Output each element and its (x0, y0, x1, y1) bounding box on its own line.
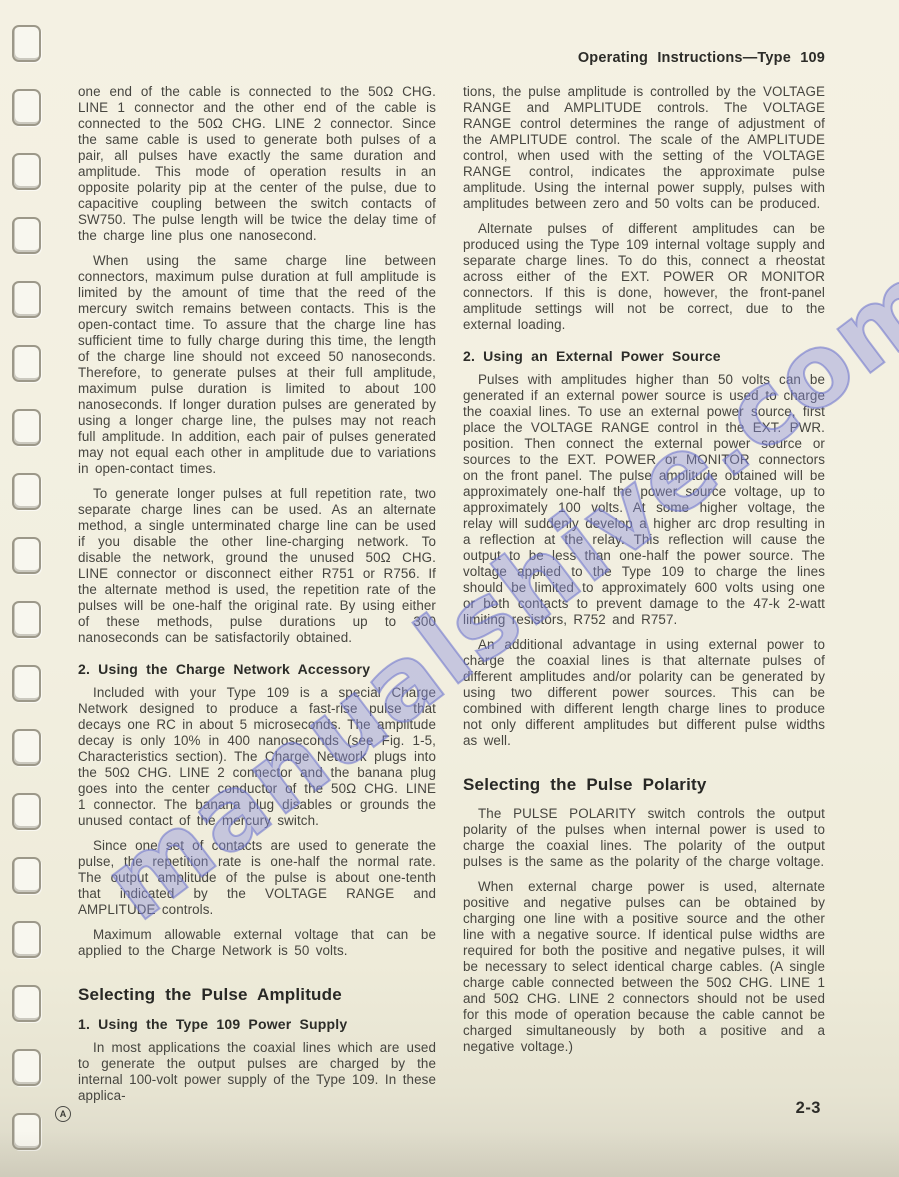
binding-hole (12, 473, 41, 510)
paragraph: Maximum allowable external voltage that … (78, 927, 436, 959)
paragraph: tions, the pulse amplitude is controlled… (463, 84, 825, 212)
binding-hole (12, 1113, 41, 1150)
subsection-heading-charge-network: 2. Using the Charge Network Accessory (78, 661, 436, 677)
subsection-heading-external-power: 2. Using an External Power Source (463, 348, 825, 364)
binding-hole (12, 601, 41, 638)
paragraph: The PULSE POLARITY switch controls the o… (463, 806, 825, 870)
binding-hole (12, 857, 41, 894)
subsection-heading-power-supply: 1. Using the Type 109 Power Supply (78, 1016, 436, 1032)
section-heading-pulse-amplitude: Selecting the Pulse Amplitude (78, 985, 436, 1005)
binding-hole (12, 793, 41, 830)
paragraph: In most applications the coaxial lines w… (78, 1040, 436, 1104)
binding-hole (12, 409, 41, 446)
running-header: Operating Instructions—Type 109 (578, 50, 825, 66)
paragraph: To generate longer pulses at full repeti… (78, 486, 436, 646)
paragraph: Included with your Type 109 is a special… (78, 685, 436, 829)
binding-hole (12, 153, 41, 190)
binding-hole (12, 345, 41, 382)
binding-hole (12, 281, 41, 318)
paragraph: Alternate pulses of different amplitudes… (463, 221, 825, 333)
paragraph: Pulses with amplitudes higher than 50 vo… (463, 372, 825, 628)
left-column: one end of the cable is connected to the… (78, 84, 436, 1113)
revision-mark-letter: A (60, 1109, 67, 1119)
binding-hole (12, 537, 41, 574)
binding-hole (12, 921, 41, 958)
paragraph: When external charge power is used, alte… (463, 879, 825, 1055)
scanned-manual-page: Operating Instructions—Type 109 one end … (0, 0, 899, 1177)
paragraph: An additional advantage in using externa… (463, 637, 825, 749)
binding-hole (12, 1049, 41, 1086)
paragraph: When using the same charge line between … (78, 253, 436, 477)
binding-hole (12, 665, 41, 702)
paragraph: Since one set of contacts are used to ge… (78, 838, 436, 918)
paragraph: one end of the cable is connected to the… (78, 84, 436, 244)
binding-hole (12, 985, 41, 1022)
binding-edge (0, 0, 48, 1177)
binding-hole (12, 217, 41, 254)
page-number: 2-3 (796, 1099, 821, 1118)
binding-hole (12, 89, 41, 126)
section-heading-pulse-polarity: Selecting the Pulse Polarity (463, 775, 825, 795)
binding-hole (12, 25, 41, 62)
right-column: tions, the pulse amplitude is controlled… (463, 84, 825, 1064)
revision-mark: A (55, 1106, 71, 1122)
binding-hole (12, 729, 41, 766)
